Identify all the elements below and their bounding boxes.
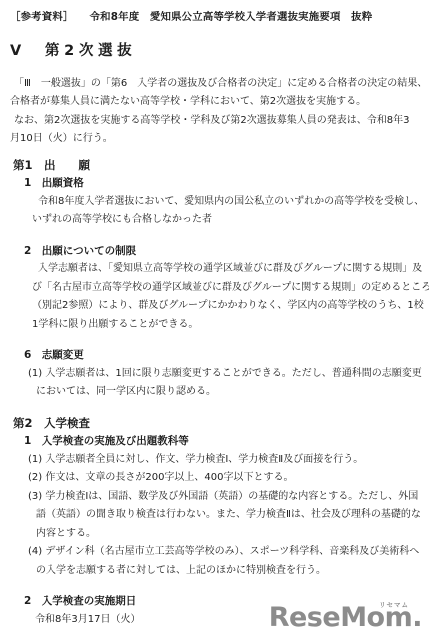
section1-sub6-item: (1) 入学志願者は、1回に限り志願変更することができる。ただし、普通科間の志願…	[10, 365, 429, 402]
text-line: の入学を志願する者に対しては、上記のほかに特別検査を行う。	[36, 562, 429, 581]
text-line: なお、第2次選抜を実施する高等学校・学科及び第2次選抜募集人員の発表は、令和8年…	[14, 112, 429, 131]
section2-heading: 第2 入学検査	[13, 414, 429, 433]
section2-item-2: (2) 作文は、文章の長さが200字以上、400字以下とする。	[10, 469, 429, 488]
text-line: (4) デザイン科（名古屋市立工芸高等学校のみ）、スポーツ科学科、音楽科及び美術…	[28, 543, 429, 562]
document-header: ［参考資料］ 令和8年度 愛知県公立高等学校入学者選抜実施要項 抜粋	[10, 8, 429, 27]
main-title: V 第2次選抜	[10, 40, 429, 62]
text-line: においては、同一学区内に限り認める。	[36, 383, 429, 402]
text-line: （別記2参照）により、群及びグループにかかわりなく、学区内の高等学校のうち、1校	[32, 297, 429, 316]
intro-paragraph-2: なお、第2次選抜を実施する高等学校・学科及び第2次選抜募集人員の発表は、令和8年…	[10, 112, 429, 149]
resemom-logo-ruby: リセマム	[379, 600, 409, 609]
section1-sub6-heading: 6 志願変更	[24, 346, 429, 365]
section1-sub2-heading: 2 出願についての制限	[24, 242, 429, 261]
section1-sub1-heading: 1 出願資格	[24, 174, 429, 193]
section2-item-3: (3) 学力検査Ⅰは、国語、数学及び外国語（英語）の基礎的な内容とする。ただし、…	[10, 488, 429, 544]
text-line: (1) 入学志願者は、1回に限り志願変更することができる。ただし、普通科間の志願…	[28, 365, 429, 384]
text-line: 令和8年度入学者選抜において、愛知県内の国公私立のいずれかの高等学校を受検し、	[38, 193, 429, 212]
text-line: いずれの高等学校にも合格しなかった者	[32, 211, 429, 230]
text-line: (2) 作文は、文章の長さが200字以上、400字以下とする。	[28, 469, 429, 488]
resemom-logo: リセマム ReseMom.	[269, 604, 422, 632]
text-line: (3) 学力検査Ⅰは、国語、数学及び外国語（英語）の基礎的な内容とする。ただし、…	[28, 488, 429, 507]
section1-sub1-body: 令和8年度入学者選抜において、愛知県内の国公私立のいずれかの高等学校を受検し、 …	[10, 193, 429, 230]
intro-paragraph-1: 「Ⅲ 一般選抜」の「第6 入学者の選抜及び合格者の決定」に定める合格者の決定の結…	[10, 75, 429, 112]
text-line: 合格者が募集人員に満たない高等学校・学科において、第2次選抜を実施する。	[10, 93, 429, 112]
text-line: 内容とする。	[36, 525, 429, 544]
section1-sub2-body: 入学志願者は、「愛知県立高等学校の通学区域並びに群及びグループに関する規則」及 …	[10, 260, 429, 334]
text-line: び「名古屋市立高等学校の通学区域並びに群及びグループに関する規則」の定めるところ	[32, 279, 429, 298]
text-line: 「Ⅲ 一般選抜」の「第6 入学者の選抜及び合格者の決定」に定める合格者の決定の結…	[14, 75, 429, 94]
text-line: (1) 入学志願者全員に対し、作文、学力検査Ⅰ、学力検査Ⅱ及び面接を行う。	[28, 451, 429, 470]
section2-item-4: (4) デザイン科（名古屋市立工芸高等学校のみ）、スポーツ科学科、音楽科及び美術…	[10, 543, 429, 580]
section2-sub1-heading: 1 入学検査の実施及び出題教科等	[24, 432, 429, 451]
document-page: ［参考資料］ 令和8年度 愛知県公立高等学校入学者選抜実施要項 抜粋 V 第2次…	[0, 0, 429, 629]
section2-item-1: (1) 入学志願者全員に対し、作文、学力検査Ⅰ、学力検査Ⅱ及び面接を行う。	[10, 451, 429, 470]
text-line: 入学志願者は、「愛知県立高等学校の通学区域並びに群及びグループに関する規則」及	[38, 260, 429, 279]
text-line: 1学科に限り出願することができる。	[32, 316, 429, 335]
text-line: 月10日（火）に行う。	[10, 130, 429, 149]
text-line: 語（英語）の聞き取り検査は行わない。また、学力検査Ⅱは、社会及び理科の基礎的な	[36, 506, 429, 525]
section1-heading: 第1 出 願	[13, 156, 429, 175]
